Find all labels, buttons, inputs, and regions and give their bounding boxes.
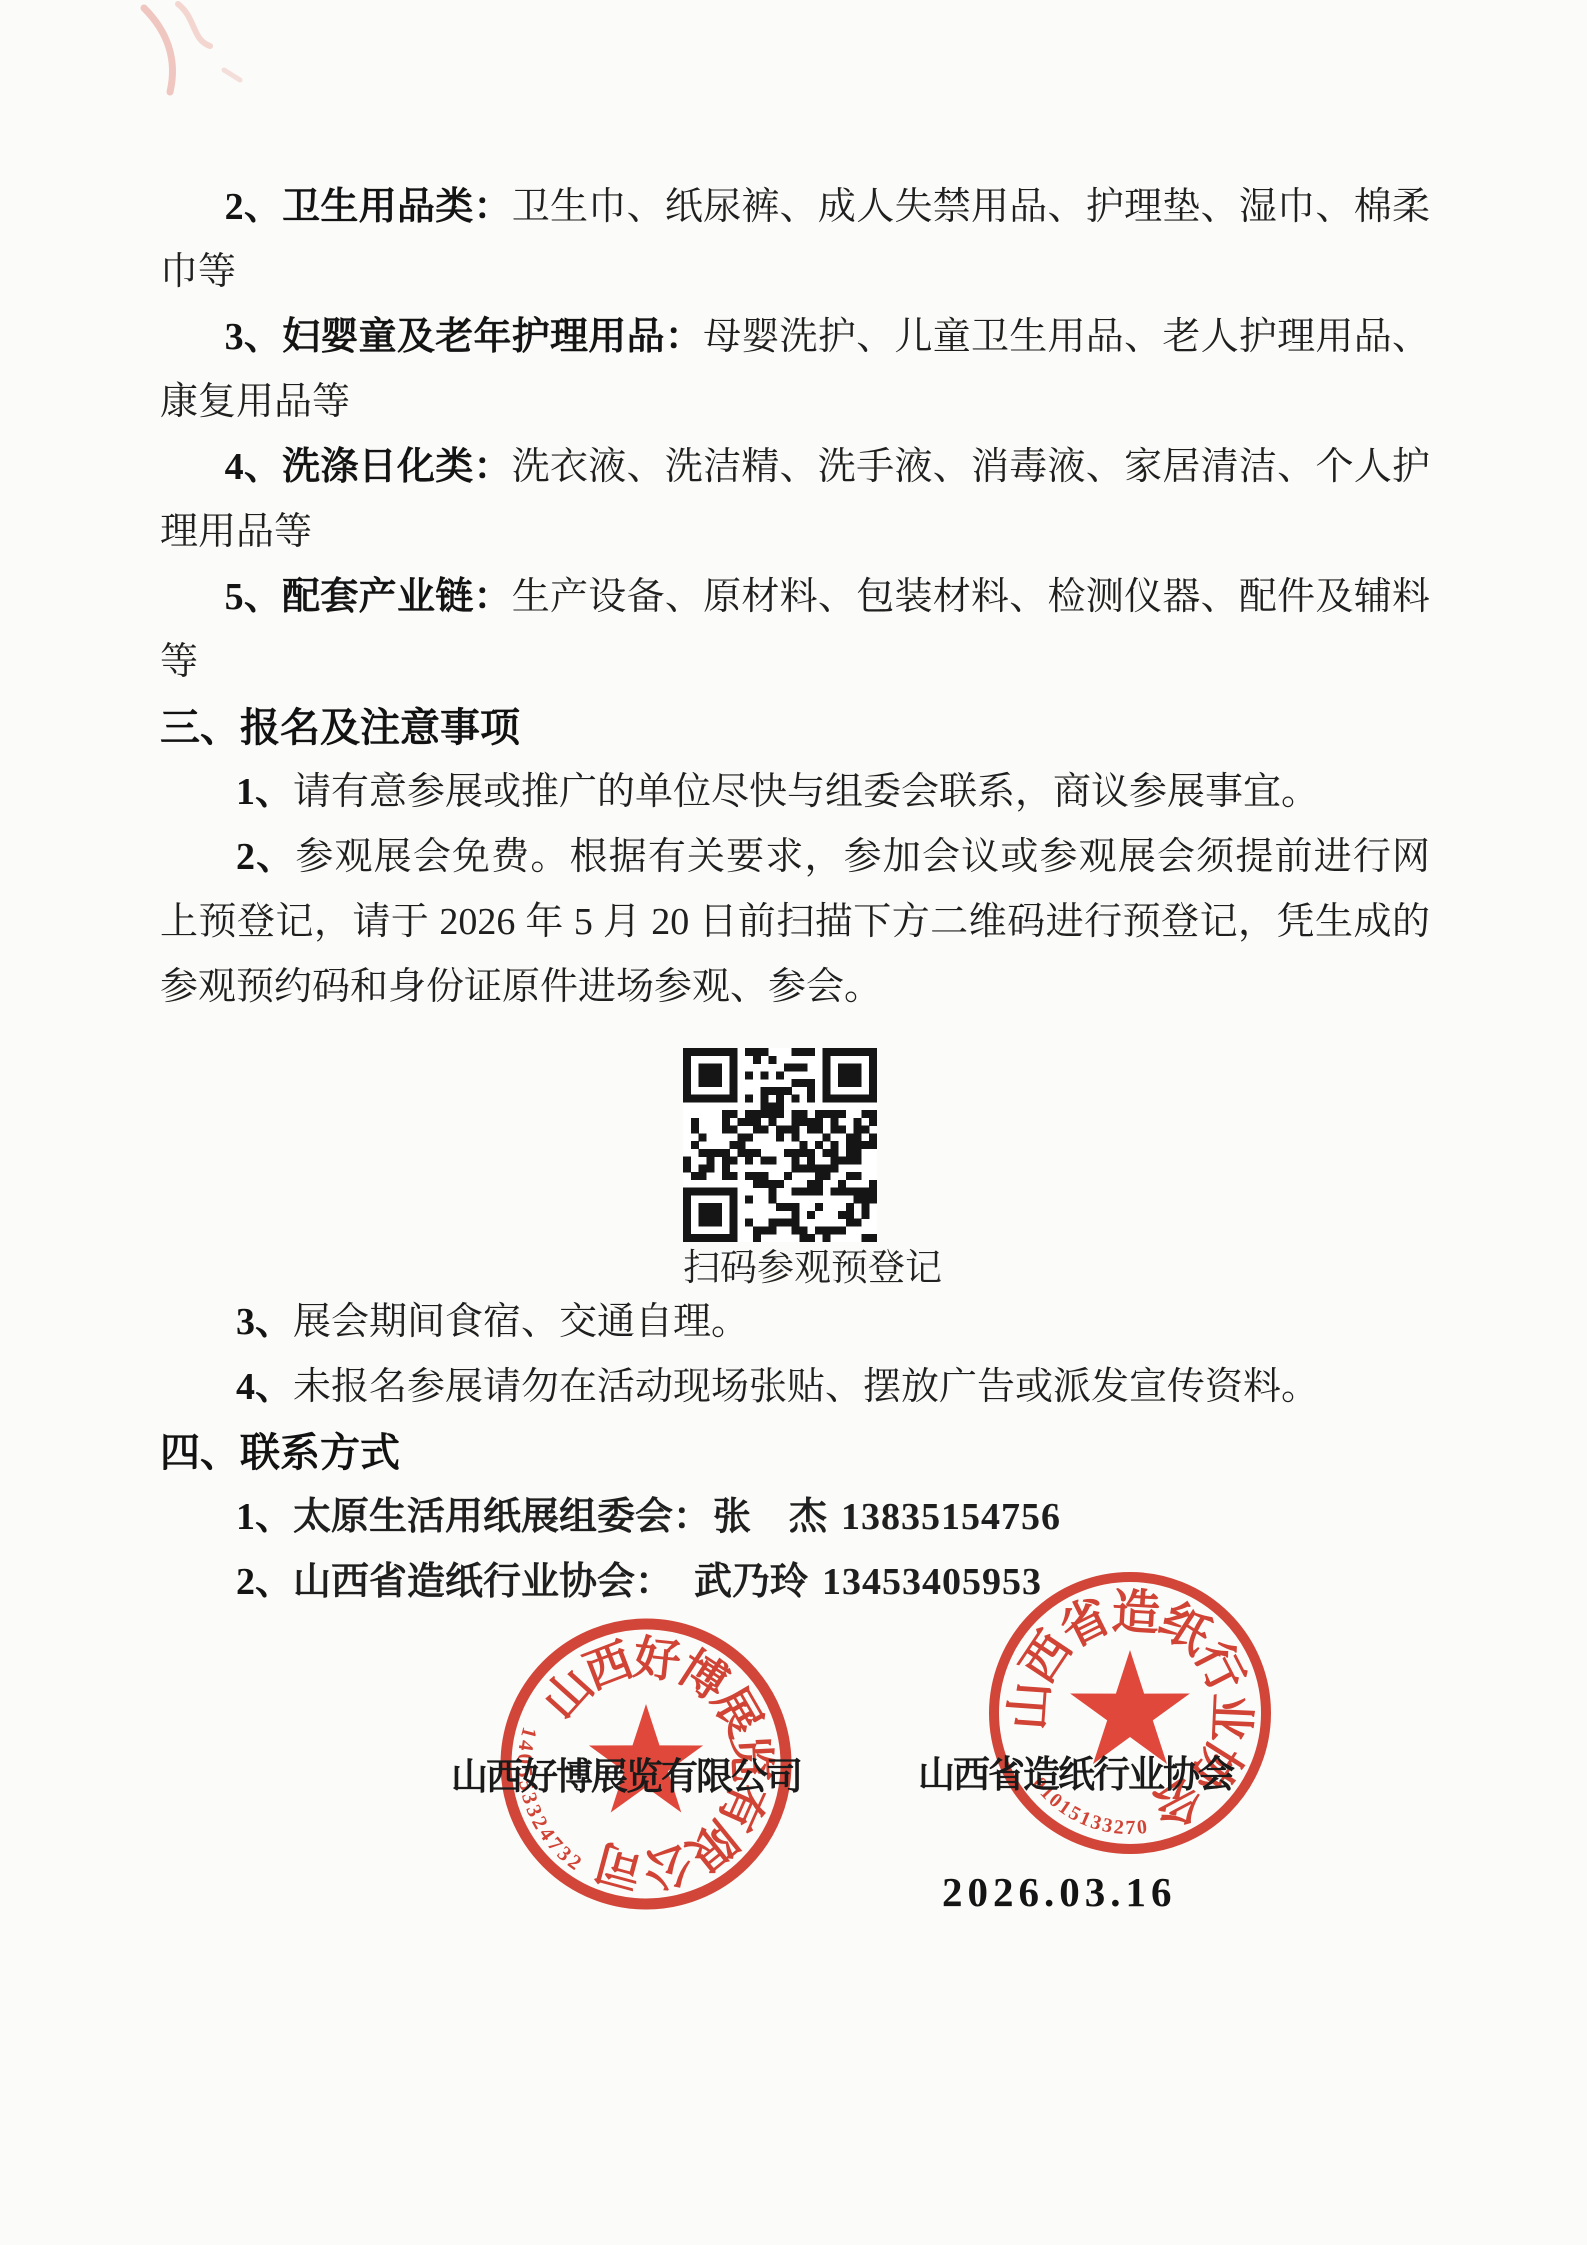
category-paragraph: 4、洗涤日化类：洗衣液、洗洁精、洗手液、消毒液、家居清洁、个人护理用品等 [160, 435, 1430, 565]
notice-item: 2、参观展会免费。根据有关要求，参加会议或参观展会须提前进行网上预登记，请于 2… [160, 825, 1430, 1020]
svg-text:司: 司 [590, 1833, 649, 1895]
seal-date: 2026.03.16 [942, 1868, 1177, 1916]
category-paragraph: 2、卫生用品类：卫生巾、纸尿裤、成人失禁用品、护理垫、湿巾、棉柔巾等 [160, 175, 1430, 305]
scan-mark-red-scribble [126, 0, 286, 100]
item-number: 1、 [236, 1496, 293, 1538]
contact-phone: 13835154756 [841, 1496, 1061, 1538]
item-number: 4、 [236, 1366, 293, 1408]
section-heading-registration: 三、报名及注意事项 [160, 695, 1430, 760]
category-paragraph: 3、妇婴童及老年护理用品：母婴洗护、儿童卫生用品、老人护理用品、康复用品等 [160, 305, 1430, 435]
signature-org-name-right: 山西省造纸行业协会 [918, 1744, 1233, 1798]
contact-line: 1、太原生活用纸展组委会：张 杰13835154756 [160, 1485, 1430, 1550]
contact-org: 太原生活用纸展组委会： [293, 1496, 711, 1538]
svg-text:公: 公 [639, 1835, 696, 1896]
qr-code [683, 1048, 877, 1242]
contact-person: 张 杰 [713, 1496, 827, 1538]
notice-item: 1、请有意参展或推广的单位尽快与组委会联系，商议参展事宜。 [160, 760, 1430, 825]
category-paragraph: 5、配套产业链：生产设备、原材料、包装材料、检测仪器、配件及辅料等 [160, 565, 1430, 695]
signature-org-name-left: 山西好博展览有限公司 [451, 1746, 801, 1800]
item-number: 2、 [236, 1561, 293, 1603]
item-text: 请有意参展或推广的单位尽快与组委会联系，商议参展事宜。 [293, 771, 1319, 813]
qr-section: 扫码参观预登记 [160, 1020, 1430, 1290]
contact-org: 山西省造纸行业协会： [293, 1561, 692, 1603]
document-body: 2、卫生用品类：卫生巾、纸尿裤、成人失禁用品、护理垫、湿巾、棉柔巾等 3、妇婴童… [0, 0, 1587, 1615]
item-text: 展会期间食宿、交通自理。 [293, 1301, 749, 1343]
svg-text:7: 7 [1125, 1817, 1135, 1839]
item-number: 1、 [236, 771, 293, 813]
item-text: 参观展会免费。根据有关要求，参加会议或参观展会须提前进行网上预登记，请于 202… [160, 836, 1430, 1008]
item-number: 2、 [236, 836, 295, 878]
qr-caption: 扫码参观预登记 [683, 1248, 877, 1288]
item-number: 3、 [236, 1301, 293, 1343]
svg-text:2: 2 [1113, 1816, 1125, 1839]
category-label: 4、洗涤日化类： [225, 446, 512, 488]
section-heading-contact: 四、联系方式 [160, 1420, 1430, 1485]
category-label: 5、配套产业链： [225, 576, 512, 618]
association-seal-papermaking: 山西省造纸行业协会01015133270 [980, 1563, 1280, 1863]
contact-person: 武乃玲 [694, 1561, 808, 1603]
svg-text:0: 0 [1136, 1816, 1148, 1839]
item-text: 未报名参展请勿在活动现场张贴、摆放广告或派发宣传资料。 [293, 1366, 1319, 1408]
notice-item: 4、未报名参展请勿在活动现场张贴、摆放广告或派发宣传资料。 [160, 1355, 1430, 1420]
category-label: 2、卫生用品类： [225, 186, 512, 228]
notice-item: 3、展会期间食宿、交通自理。 [160, 1290, 1430, 1355]
category-label: 3、妇婴童及老年护理用品： [225, 316, 704, 358]
